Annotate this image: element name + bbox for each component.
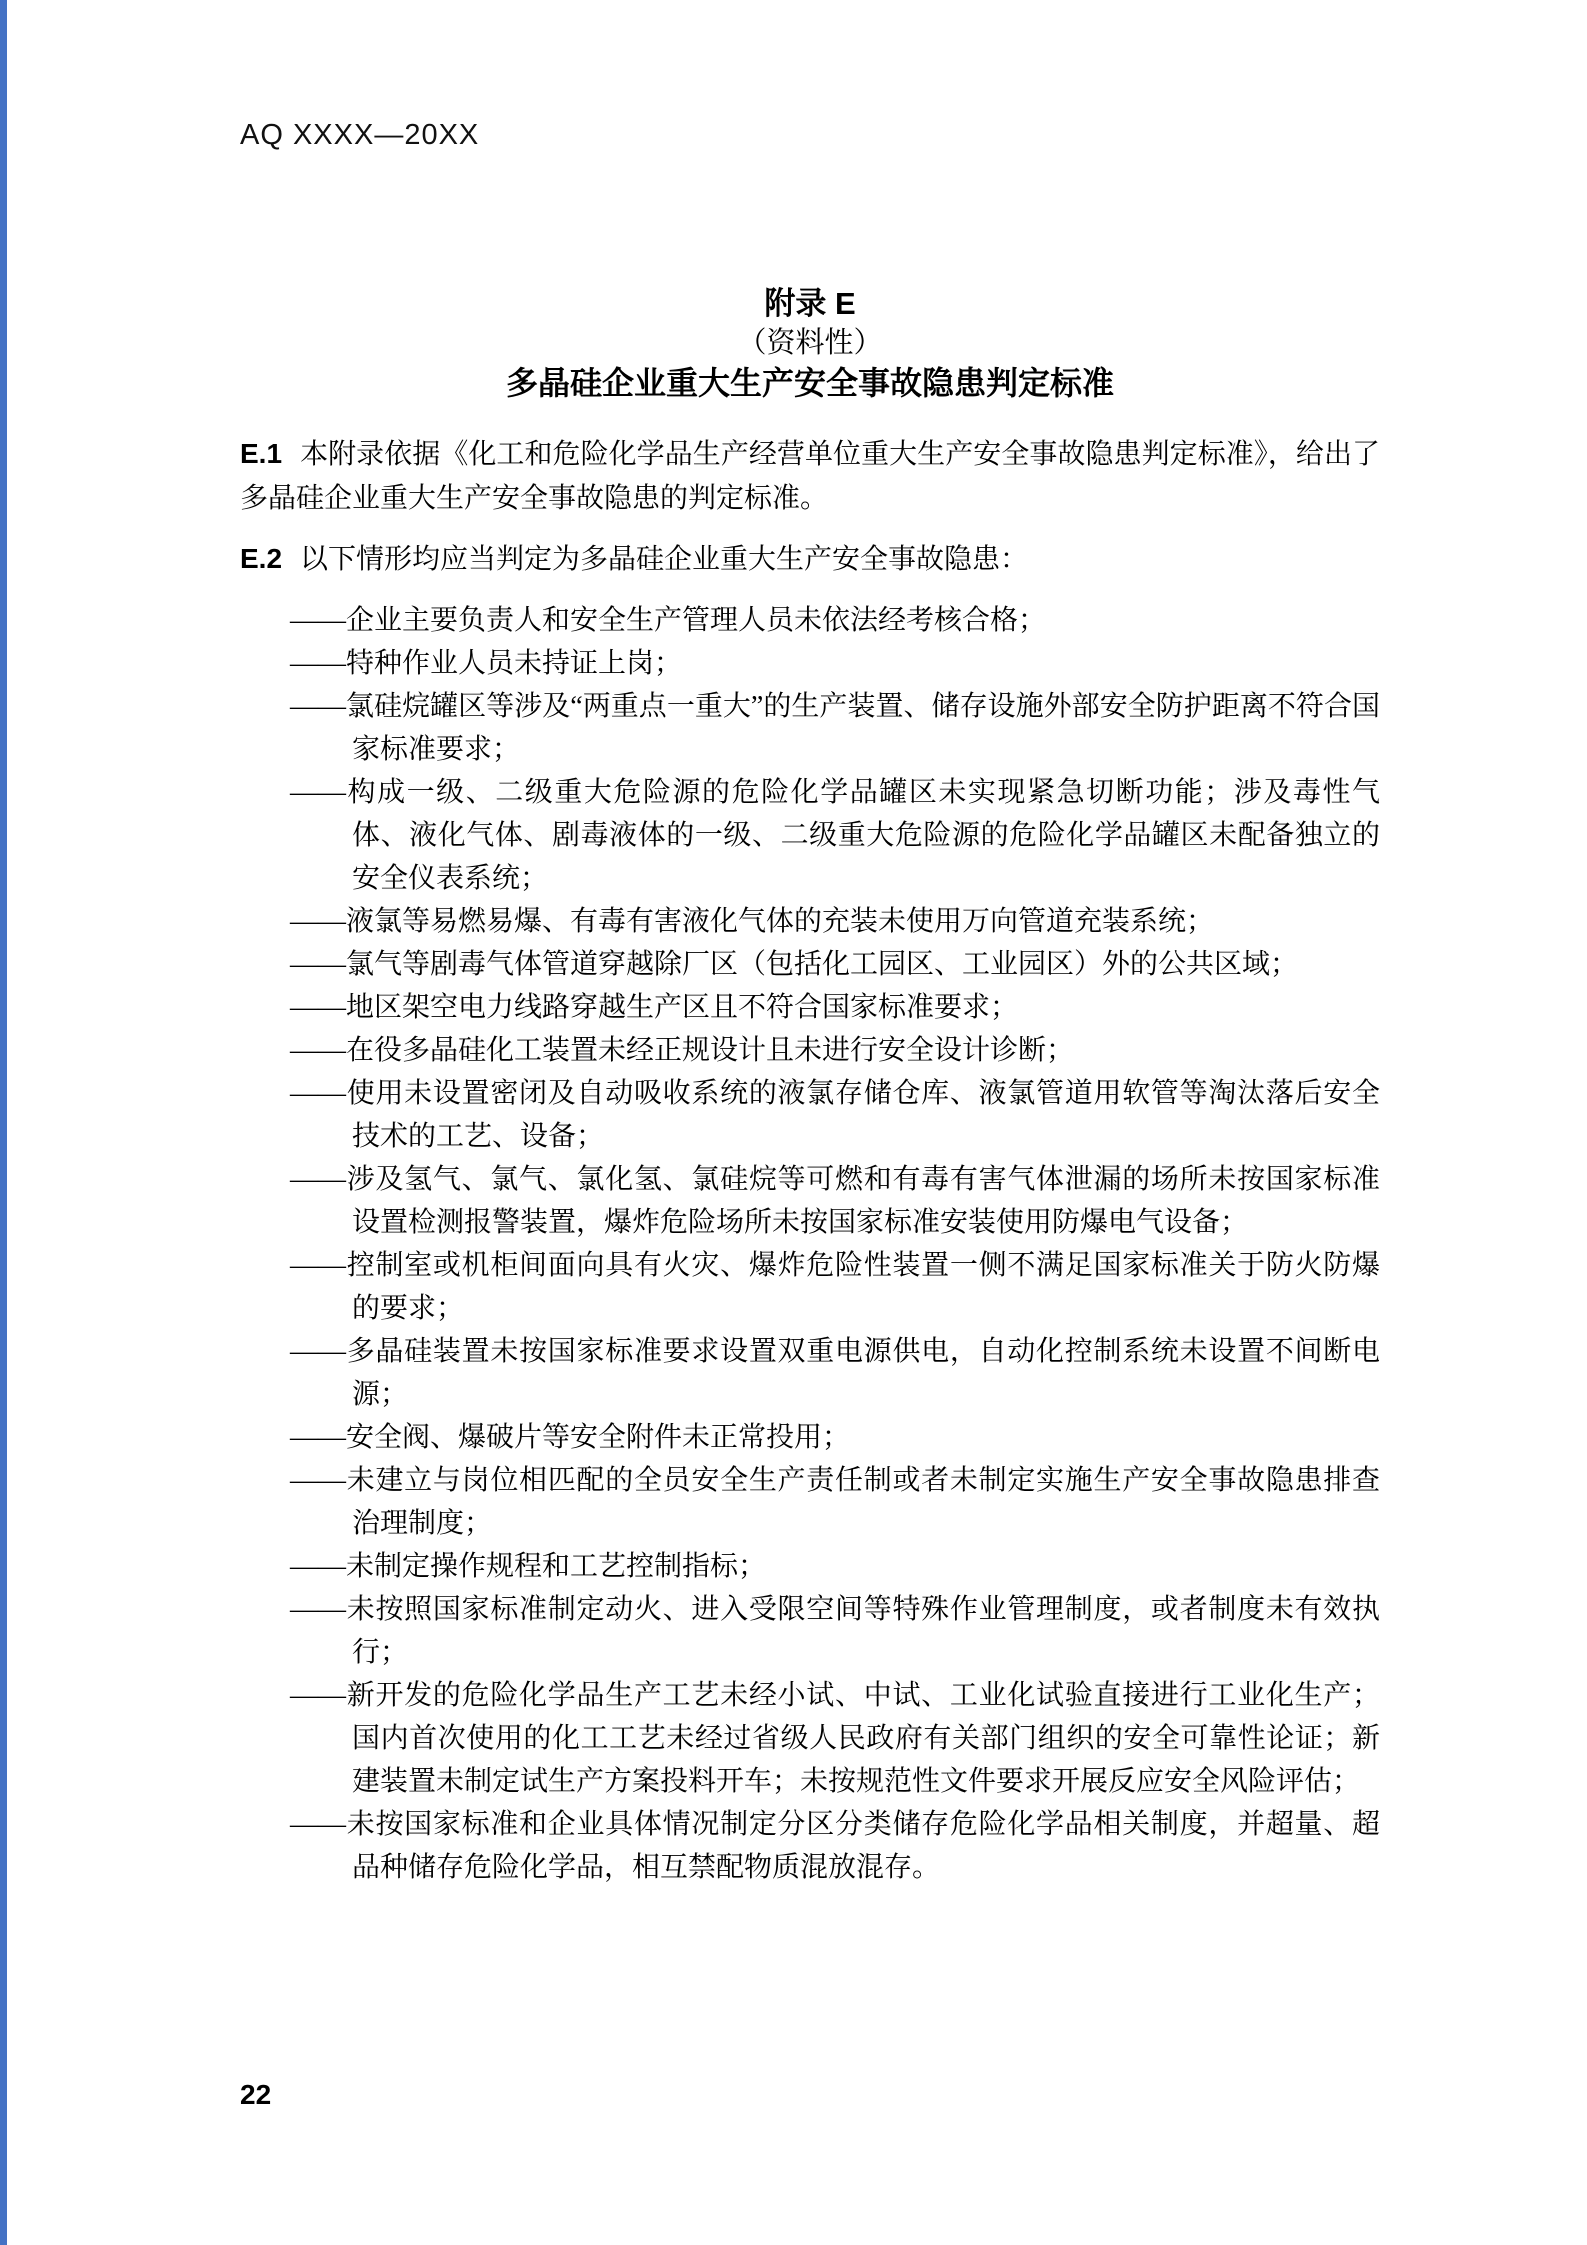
list-item: ——特种作业人员未持证上岗； (240, 642, 1380, 685)
appendix-type-note: （资料性） (240, 324, 1380, 362)
list-item: ——未制定操作规程和工艺控制指标； (240, 1545, 1380, 1588)
list-item: ——控制室或机柜间面向具有火灾、爆炸危险性装置一侧不满足国家标准关于防火防爆的要… (240, 1244, 1380, 1330)
list-item: ——未按照国家标准制定动火、进入受限空间等特殊作业管理制度，或者制度未有效执行； (240, 1588, 1380, 1674)
list-item: ——多晶硅装置未按国家标准要求设置双重电源供电，自动化控制系统未设置不间断电源； (240, 1330, 1380, 1416)
list-item: ——新开发的危险化学品生产工艺未经小试、中试、工业化试验直接进行工业化生产；国内… (240, 1674, 1380, 1803)
list-item: ——未建立与岗位相匹配的全员安全生产责任制或者未制定实施生产安全事故隐患排查治理… (240, 1459, 1380, 1545)
page-number: 22 (240, 2080, 271, 2110)
clause-e2-text: 以下情形均应当判定为多晶硅企业重大生产安全事故隐患： (300, 544, 1028, 575)
list-item: ——企业主要负责人和安全生产管理人员未依法经考核合格； (240, 599, 1380, 642)
list-item: ——使用未设置密闭及自动吸收系统的液氯存储仓库、液氯管道用软管等淘汰落后安全技术… (240, 1072, 1380, 1158)
clause-e1: E.1本附录依据《化工和危险化学品生产经营单位重大生产安全事故隐患判定标准》，给… (240, 432, 1380, 521)
document-header-standard-number: AQ XXXX—20XX (240, 118, 1380, 152)
appendix-heading-block: 附录 E （资料性） 多晶硅企业重大生产安全事故隐患判定标准 (240, 284, 1380, 404)
left-accent-bar (0, 0, 7, 2245)
list-item: ——涉及氢气、氯气、氯化氢、氯硅烷等可燃和有毒有害气体泄漏的场所未按国家标准设置… (240, 1158, 1380, 1244)
clause-e2: E.2以下情形均应当判定为多晶硅企业重大生产安全事故隐患： (240, 537, 1380, 582)
list-item: ——液氯等易燃易爆、有毒有害液化气体的充装未使用万向管道充装系统； (240, 900, 1380, 943)
list-item: ——氯气等剧毒气体管道穿越除厂区（包括化工园区、工业园区）外的公共区域； (240, 943, 1380, 986)
clause-e1-number: E.1 (240, 438, 282, 469)
appendix-title: 多晶硅企业重大生产安全事故隐患判定标准 (240, 362, 1380, 404)
list-item: ——在役多晶硅化工装置未经正规设计且未进行安全设计诊断； (240, 1029, 1380, 1072)
clause-e1-text: 本附录依据《化工和危险化学品生产经营单位重大生产安全事故隐患判定标准》，给出了多… (240, 439, 1380, 514)
appendix-label: 附录 E (240, 284, 1380, 324)
list-item: ——地区架空电力线路穿越生产区且不符合国家标准要求； (240, 986, 1380, 1029)
hazard-list: ——企业主要负责人和安全生产管理人员未依法经考核合格；——特种作业人员未持证上岗… (240, 599, 1380, 1889)
list-item: ——氯硅烷罐区等涉及“两重点一重大”的生产装置、储存设施外部安全防护距离不符合国… (240, 685, 1380, 771)
list-item: ——构成一级、二级重大危险源的危险化学品罐区未实现紧急切断功能；涉及毒性气体、液… (240, 771, 1380, 900)
list-item: ——未按国家标准和企业具体情况制定分区分类储存危险化学品相关制度，并超量、超品种… (240, 1803, 1380, 1889)
list-item: ——安全阀、爆破片等安全附件未正常投用； (240, 1416, 1380, 1459)
document-page: AQ XXXX—20XX 附录 E （资料性） 多晶硅企业重大生产安全事故隐患判… (240, 0, 1380, 1889)
clause-e2-number: E.2 (240, 543, 282, 574)
